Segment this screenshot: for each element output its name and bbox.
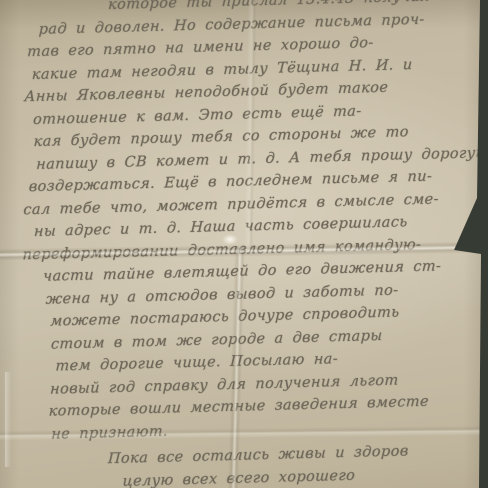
letter-paper: которое ты прислал 13.4.43 получилрад и … bbox=[0, 0, 488, 488]
paper-tear-highlight bbox=[222, 234, 238, 245]
photo-background: которое ты прислал 13.4.43 получилрад и … bbox=[0, 0, 488, 488]
letter-lines: которое ты прислал 13.4.43 получилрад и … bbox=[0, 0, 488, 488]
